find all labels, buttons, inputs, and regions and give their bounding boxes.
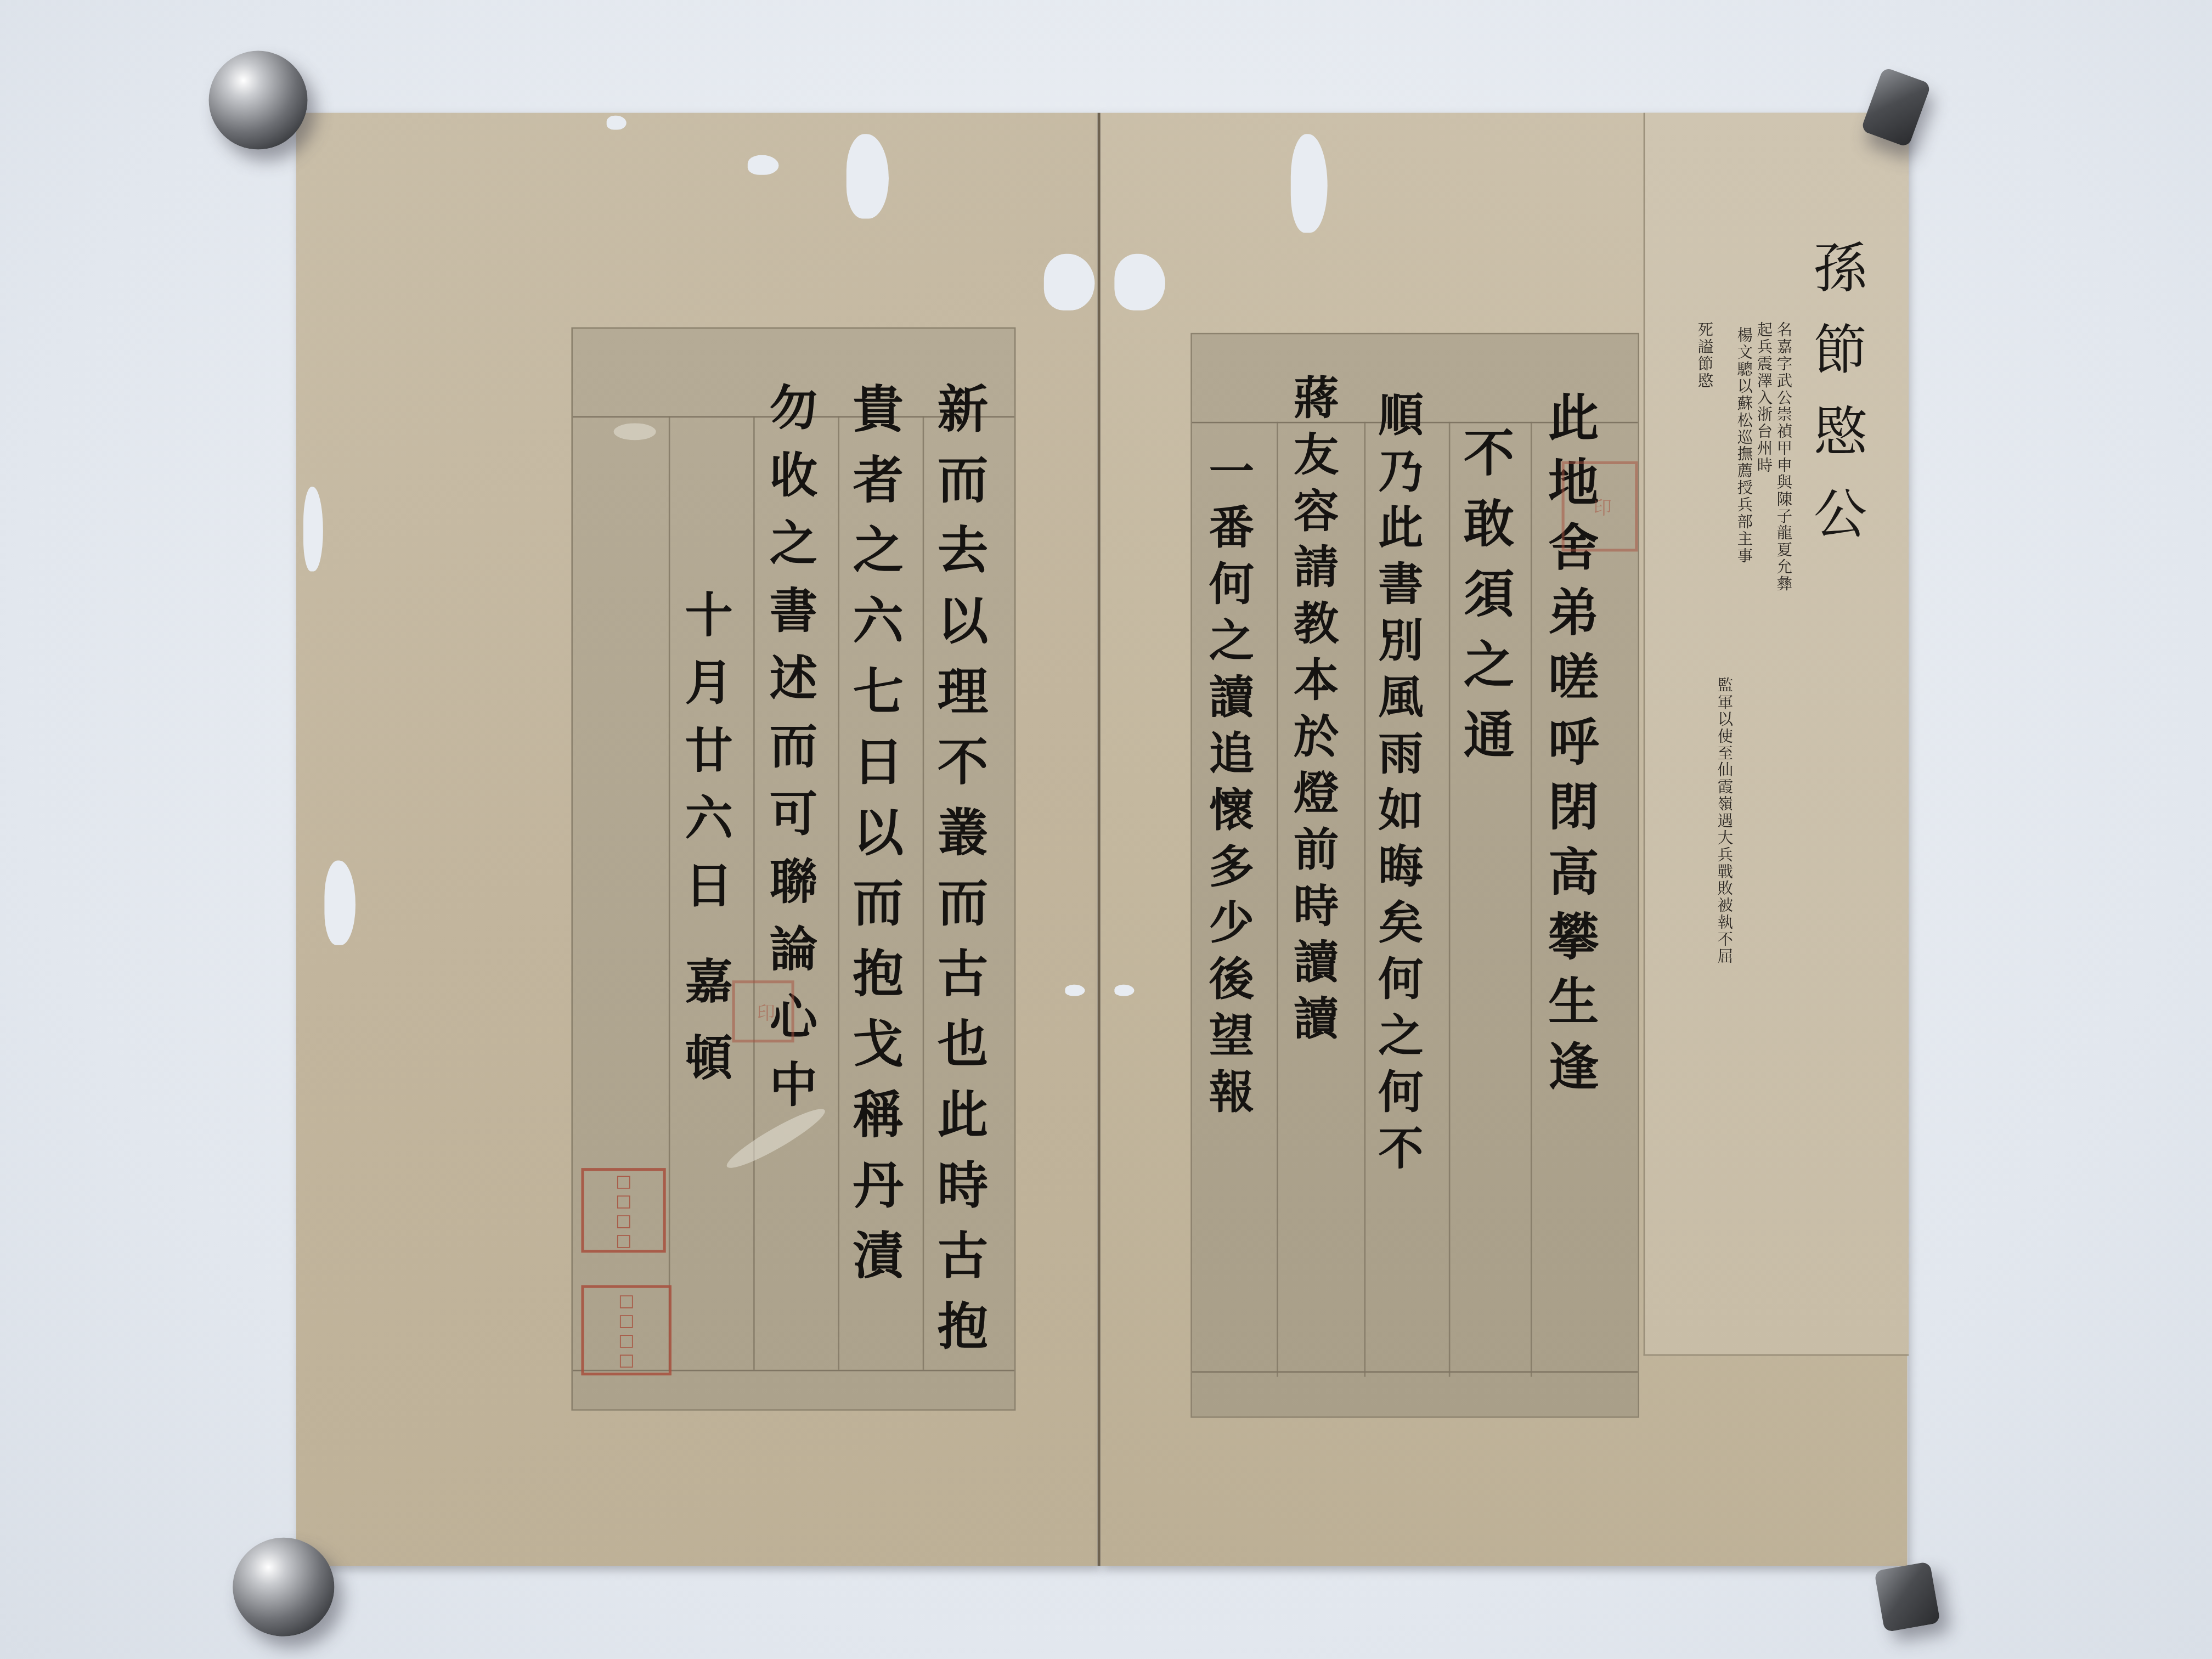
letter-date: 十月廿六日: [680, 590, 727, 928]
paper-damage: [847, 134, 889, 218]
column-rule: [838, 416, 839, 1370]
right-letter-panel: 此地舍弟嗟呼閉高攀生逢 不敢須之通 順乃此書別風雨如晦矣何之何不 蔣友容請教本於…: [1190, 333, 1639, 1418]
paper-damage: [1044, 254, 1095, 311]
paper-damage: [607, 116, 627, 130]
column-rule: [753, 416, 755, 1370]
label-note: 楊文驄以蘇松巡撫薦授兵部主事: [1735, 328, 1753, 565]
paper-damage: [303, 487, 323, 571]
paper-damage: [1065, 985, 1085, 996]
paper-damage: [748, 155, 779, 175]
seal-stamp: □□□□: [581, 1168, 665, 1252]
column-rule: [1277, 422, 1278, 1377]
pin-icon: [209, 51, 308, 150]
center-fold: [1098, 113, 1101, 1566]
letter-column: 順乃此書別風雨如晦矣何之何不: [1375, 391, 1420, 1181]
title-label-strip: 孫節愍公 名嘉字武公崇禎甲申與陳子龍夏允彝 起兵震澤入浙台州時 楊文驄以蘇松巡撫…: [1644, 113, 1909, 1356]
ruled-line: [1192, 1371, 1638, 1373]
letter-column: 貴者之六七日以而抱戈稱丹漬: [849, 382, 900, 1299]
seal-stamp: □□□□: [581, 1285, 672, 1376]
left-letter-panel: 新而去以理不叢而古也此時古抱 貴者之六七日以而抱戈稱丹漬 勿收之書述而可聯論心中…: [571, 328, 1015, 1411]
letter-column: 一番何之讀追懷多少後望報: [1206, 447, 1251, 1124]
seal-stamp: 印: [1562, 461, 1638, 552]
water-stain: [614, 423, 656, 440]
label-note: 起兵震澤入浙台州時: [1755, 321, 1773, 474]
paper-damage: [324, 861, 356, 945]
label-note: 死謚節愍: [1696, 321, 1714, 389]
letter-column: 蔣友容請教本於燈前時讀讀: [1291, 374, 1336, 1051]
column-rule: [1531, 422, 1532, 1377]
column-rule: [1364, 422, 1366, 1377]
pin-icon: [233, 1538, 334, 1637]
seal-stamp: 印: [732, 980, 794, 1042]
column-rule: [669, 416, 670, 1370]
letter-signature: 嘉頓: [680, 956, 727, 1109]
label-title: 孫節愍公: [1797, 240, 1875, 567]
letter-column: 新而去以理不叢而古也此時古抱: [934, 382, 985, 1370]
label-note: 監軍以使至仙霞嶺遇大兵戰敗被執不屈: [1716, 677, 1734, 965]
letter-column: 不敢須之通: [1460, 426, 1511, 779]
paper-damage: [1114, 985, 1134, 996]
column-rule: [923, 416, 924, 1370]
label-note: 名嘉字武公崇禎甲申與陳子龍夏允彝: [1775, 321, 1793, 592]
wall-scene: 新而去以理不叢而古也此時古抱 貴者之六七日以而抱戈稱丹漬 勿收之書述而可聯論心中…: [0, 0, 2212, 1659]
column-rule: [1449, 422, 1451, 1377]
paper-damage: [1114, 254, 1165, 311]
pin-icon: [1874, 1561, 1940, 1632]
